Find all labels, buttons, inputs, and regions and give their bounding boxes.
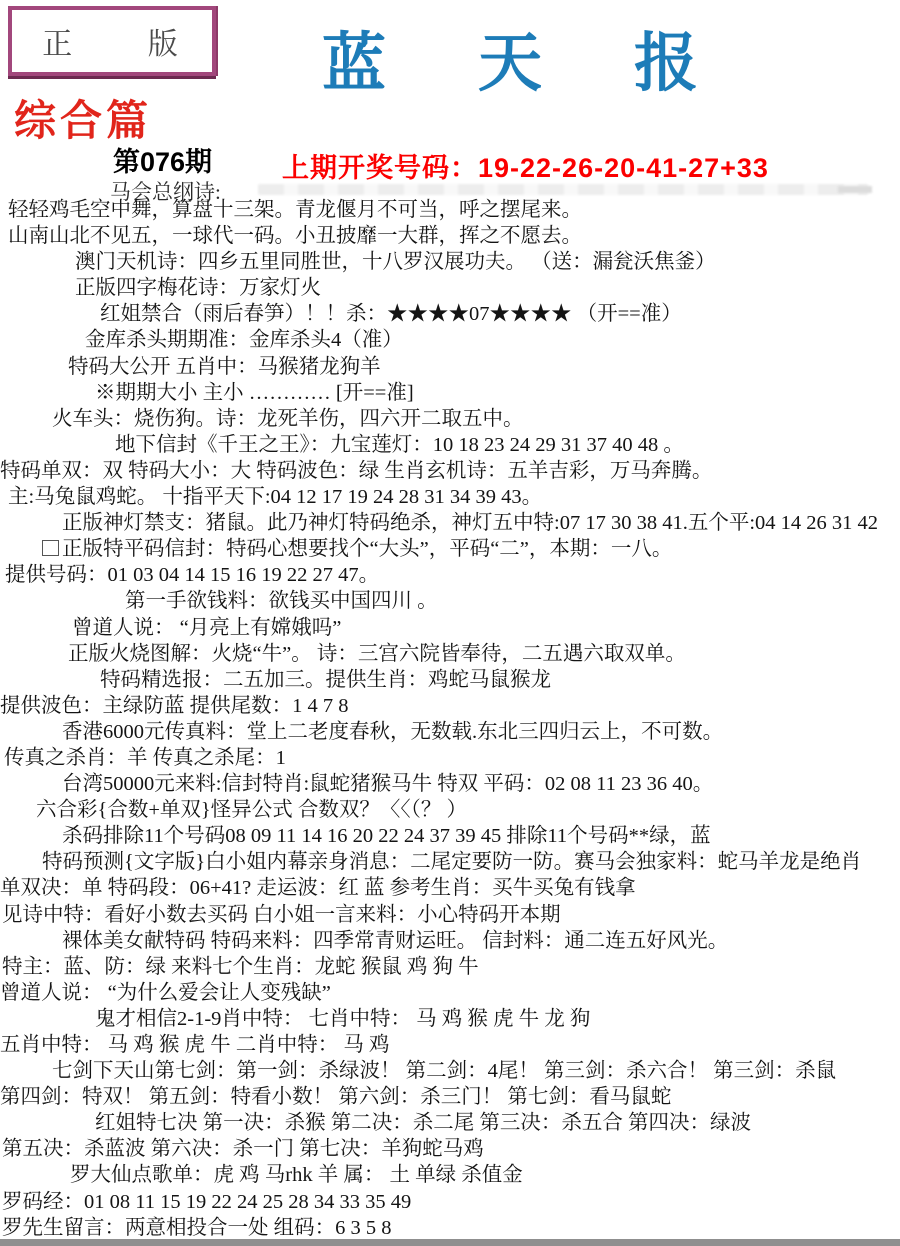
text-line-content: 红姐特七决 第一决：杀猴 第二决：杀二尾 第三决：杀五合 第四决：绿波: [95, 1112, 751, 1134]
text-line: 第四剑：特双！ 第五剑：特看小数！ 第六剑：杀三门！ 第七剑：看马鼠蛇: [0, 1084, 900, 1110]
text-line: 火车头：烧伤狗。诗：龙死羊伤，四六开二取五中。: [0, 406, 900, 432]
text-line: 地下信封《千王之王》：九宝莲灯：10 18 23 24 29 31 37 40 …: [0, 432, 900, 458]
text-line: 六合彩{合数+单双}怪异公式 合数双？〈〈（？ ）: [0, 797, 900, 823]
text-line: ※期期大小 主小 ………… [开==准]: [0, 380, 900, 406]
text-line: 正版神灯禁支：猪鼠。此乃神灯特码绝杀，神灯五中特:07 17 30 38 41.…: [0, 510, 900, 536]
text-line-content: 特码单双：双 特码大小：大 特码波色：绿 生肖玄机诗：五羊吉彩，万马奔腾。: [0, 460, 712, 482]
text-line: 台湾50000元来料:信封特肖:鼠蛇猪猴马牛 特双 平码：02 08 11 23…: [0, 771, 900, 797]
text-line: 鬼才相信2-1-9肖中特： 七肖中特： 马 鸡 猴 虎 牛 龙 狗: [0, 1006, 900, 1032]
text-line: 第五决：杀蓝波 第六决：杀一门 第七决：羊狗蛇马鸡: [0, 1136, 900, 1162]
text-line-content: 单双决：单 特码段：06+41? 走运波：红 蓝 参考生肖：买牛买兔有钱拿: [0, 877, 636, 899]
text-line-content: 台湾50000元来料:信封特肖:鼠蛇猪猴马牛 特双 平码：02 08 11 23…: [62, 773, 713, 795]
text-line: 特码预测{文字版}白小姐内幕亲身消息：二尾定要防一防。赛马会独家料：蛇马羊龙是绝…: [0, 849, 900, 875]
text-line-content: 主:马兔鼠鸡蛇。 十指平天下:04 12 17 19 24 28 31 34 3…: [8, 486, 542, 508]
text-line: 罗码经：01 08 11 15 19 22 24 25 28 34 33 35 …: [0, 1189, 900, 1215]
redacted-text-smudge: [258, 184, 868, 195]
text-line: 见诗中特：看好小数去买码 白小姐一言来料：小心特码开本期: [0, 902, 900, 928]
text-line-content: 正版火烧图解：火烧“牛”。 诗：三宫六院皆奉待，二五遇六取双单。: [68, 643, 686, 665]
text-line: 特主：蓝、防：绿 来料七个生肖：龙蛇 猴鼠 鸡 狗 牛: [0, 954, 900, 980]
text-line-content: 五肖中特： 马 鸡 猴 虎 牛 二肖中特： 马 鸡: [0, 1034, 390, 1056]
text-line-content: 火车头：烧伤狗。诗：龙死羊伤，四六开二取五中。: [52, 408, 524, 430]
text-line-content: 曾道人说： “为什么爱会让人变残缺”: [0, 982, 331, 1004]
page-title: 蓝天报: [230, 12, 790, 104]
text-line-content: 提供波色：主绿防蓝 提供尾数：1 4 7 8: [0, 695, 349, 717]
text-line: 裸体美女献特码 特码来料：四季常青财运旺。 信封料：通二连五好风光。: [0, 928, 900, 954]
text-lines: 轻轻鸡毛空中舞，算盘十三架。青龙偃月不可当，呼之摆尾来。山南山北不见五，一球代一…: [0, 197, 900, 1241]
text-line: 传真之杀肖：羊 传真之杀尾：1: [0, 745, 900, 771]
authentic-stamp-box: 正 版: [8, 6, 216, 76]
text-line-content: 山南山北不见五，一球代一码。小丑披靡一大群，挥之不愿去。: [8, 225, 582, 247]
text-line-content: 见诗中特：看好小数去买码 白小姐一言来料：小心特码开本期: [2, 904, 561, 926]
text-line: 轻轻鸡毛空中舞，算盘十三架。青龙偃月不可当，呼之摆尾来。: [0, 197, 900, 223]
text-line-content: 罗先生留言：两意相投合一处 组码：6 3 5 8: [2, 1217, 392, 1239]
text-line-content: 第五决：杀蓝波 第六决：杀一门 第七决：羊狗蛇马鸡: [2, 1138, 484, 1160]
text-line: 红姐禁合（雨后春笋）！！杀：★★★★07★★★★ （开==准）: [0, 301, 900, 327]
text-line: 特码精选报：二五加三。提供生肖：鸡蛇马鼠猴龙: [0, 667, 900, 693]
text-line-content: 轻轻鸡毛空中舞，算盘十三架。青龙偃月不可当，呼之摆尾来。: [8, 199, 582, 221]
text-line: 正版特平码信封：特码心想要找个“大头”，平码“二”，本期：一八。: [0, 536, 900, 562]
text-line: 特码单双：双 特码大小：大 特码波色：绿 生肖玄机诗：五羊吉彩，万马奔腾。: [0, 458, 900, 484]
text-line: 金库杀头期期准：金库杀头4（准）: [0, 327, 900, 353]
text-line-content: 鬼才相信2-1-9肖中特： 七肖中特： 马 鸡 猴 虎 牛 龙 狗: [95, 1008, 590, 1030]
section-title: 综合篇: [14, 88, 152, 148]
text-line: 第一手欲钱料：欲钱买中国四川 。: [0, 588, 900, 614]
text-line-content: 裸体美女献特码 特码来料：四季常青财运旺。 信封料：通二连五好风光。: [62, 930, 728, 952]
text-line: 单双决：单 特码段：06+41? 走运波：红 蓝 参考生肖：买牛买兔有钱拿: [0, 875, 900, 901]
text-line: 香港6000元传真料：堂上二老度春秋，无数载.东北三四归云上，不可数。: [0, 719, 900, 745]
text-line: 特码大公开 五肖中：马猴猪龙狗羊: [0, 354, 900, 380]
text-line-content: 六合彩{合数+单双}怪异公式 合数双？〈〈（？ ）: [36, 799, 467, 821]
text-line: 山南山北不见五，一球代一码。小丑披靡一大群，挥之不愿去。: [0, 223, 900, 249]
text-line-content: ※期期大小 主小 ………… [开==准]: [95, 382, 414, 404]
text-line: 提供波色：主绿防蓝 提供尾数：1 4 7 8: [0, 693, 900, 719]
text-line-content: 七剑下天山第七剑：第一剑：杀绿波！ 第二剑：4尾！ 第三剑：杀六合！ 第三剑：杀…: [52, 1060, 836, 1082]
text-line: 五肖中特： 马 鸡 猴 虎 牛 二肖中特： 马 鸡: [0, 1032, 900, 1058]
text-line-content: 正版四字梅花诗：万家灯火: [75, 277, 321, 299]
text-line-content: 曾道人说： “月亮上有嫦娥吗”: [72, 617, 341, 639]
text-line-content: 罗大仙点歌单：虎 鸡 马rhk 羊 属： 土 单绿 杀值金: [70, 1164, 523, 1186]
text-line-content: 红姐禁合（雨后春笋）！！杀：★★★★07★★★★ （开==准）: [100, 303, 682, 325]
text-line: 澳门天机诗：四乡五里同胜世，十八罗汉展功夫。 （送：漏瓮沃焦釜）: [0, 249, 900, 275]
text-line: 正版四字梅花诗：万家灯火: [0, 275, 900, 301]
issue-number: 第076期: [113, 140, 212, 179]
text-line: 主:马兔鼠鸡蛇。 十指平天下:04 12 17 19 24 28 31 34 3…: [0, 484, 900, 510]
text-line-content: 提供号码：01 03 04 14 15 16 19 22 27 47。: [5, 564, 379, 586]
redacted-text-smudge-end: [838, 186, 872, 193]
authentic-stamp-label: 正 版: [42, 19, 212, 63]
text-line: 曾道人说： “月亮上有嫦娥吗”: [0, 615, 900, 641]
text-line-content: 正版神灯禁支：猪鼠。此乃神灯特码绝杀，神灯五中特:07 17 30 38 41.…: [62, 512, 878, 534]
text-line: 罗大仙点歌单：虎 鸡 马rhk 羊 属： 土 单绿 杀值金: [0, 1162, 900, 1188]
empty-box-marker: [42, 540, 59, 556]
text-line: 七剑下天山第七剑：第一剑：杀绿波！ 第二剑：4尾！ 第三剑：杀六合！ 第三剑：杀…: [0, 1058, 900, 1084]
text-line-content: 特码精选报：二五加三。提供生肖：鸡蛇马鼠猴龙: [100, 669, 551, 691]
text-line-content: 地下信封《千王之王》：九宝莲灯：10 18 23 24 29 31 37 40 …: [115, 434, 684, 456]
text-line-content: 第一手欲钱料：欲钱买中国四川 。: [125, 590, 438, 612]
text-line: 杀码排除11个号码08 09 11 14 16 20 22 24 37 39 4…: [0, 823, 900, 849]
text-line: 罗先生留言：两意相投合一处 组码：6 3 5 8: [0, 1215, 900, 1241]
text-line-content: 澳门天机诗：四乡五里同胜世，十八罗汉展功夫。 （送：漏瓮沃焦釜）: [75, 251, 716, 273]
bottom-edge-bar: [0, 1239, 900, 1246]
text-line-content: 特码预测{文字版}白小姐内幕亲身消息：二尾定要防一防。赛马会独家料：蛇马羊龙是绝…: [42, 851, 861, 873]
text-line-content: 传真之杀肖：羊 传真之杀尾：1: [4, 747, 286, 769]
text-line: 曾道人说： “为什么爱会让人变残缺”: [0, 980, 900, 1006]
text-line-content: 第四剑：特双！ 第五剑：特看小数！ 第六剑：杀三门！ 第七剑：看马鼠蛇: [0, 1086, 671, 1108]
text-line-content: 杀码排除11个号码08 09 11 14 16 20 22 24 37 39 4…: [62, 825, 711, 847]
last-draw-numbers: 上期开奖号码：19-22-26-20-41-27+33: [282, 146, 769, 185]
text-line: 红姐特七决 第一决：杀猴 第二决：杀二尾 第三决：杀五合 第四决：绿波: [0, 1110, 900, 1136]
text-line-content: 特码大公开 五肖中：马猴猪龙狗羊: [68, 356, 381, 378]
text-line-content: 金库杀头期期准：金库杀头4（准）: [85, 329, 403, 351]
text-line-content: 特主：蓝、防：绿 来料七个生肖：龙蛇 猴鼠 鸡 狗 牛: [2, 956, 479, 978]
text-line: 提供号码：01 03 04 14 15 16 19 22 27 47。: [0, 562, 900, 588]
text-line: 正版火烧图解：火烧“牛”。 诗：三宫六院皆奉待，二五遇六取双单。: [0, 641, 900, 667]
text-line-content: 香港6000元传真料：堂上二老度春秋，无数载.东北三四归云上，不可数。: [62, 721, 723, 743]
text-line-content: 罗码经：01 08 11 15 19 22 24 25 28 34 33 35 …: [2, 1191, 411, 1213]
text-line-content: 正版特平码信封：特码心想要找个“大头”，平码“二”，本期：一八。: [62, 538, 672, 560]
newspaper-page: 正 版 蓝天报 综合篇 第076期 上期开奖号码：19-22-26-20-41-…: [0, 0, 900, 1246]
